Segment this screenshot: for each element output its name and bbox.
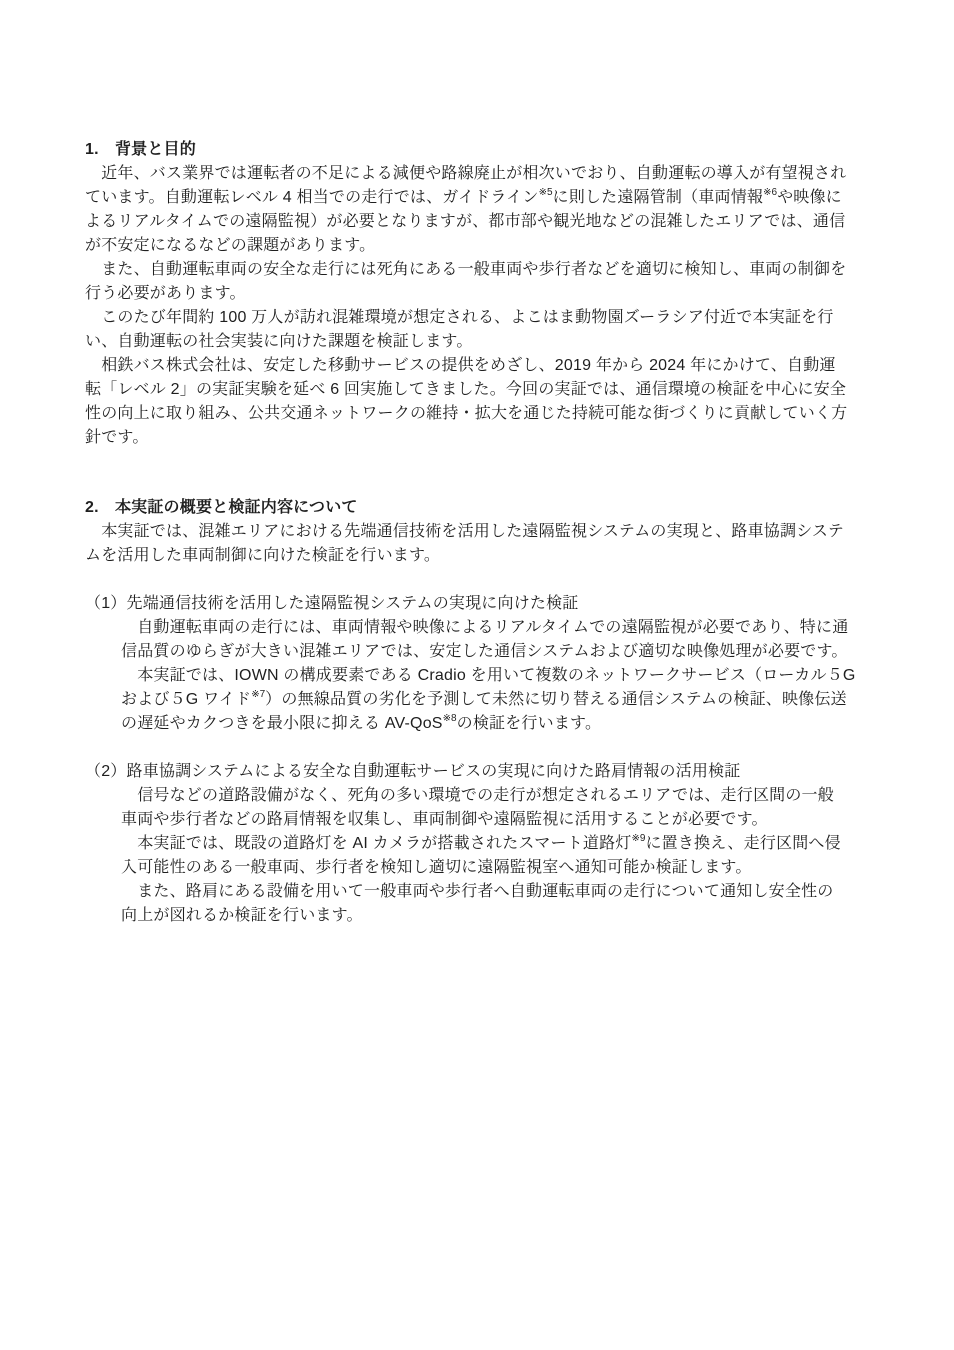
- text-line: 本実証では、IOWN の構成要素である Cradio を用いて複数のネットワーク…: [121, 664, 870, 688]
- reference-mark: ※5: [539, 187, 553, 198]
- section-1-paragraph-4: 相鉄バス株式会社は、安定した移動サービスの提供をめざし、2019 年から 202…: [85, 354, 870, 450]
- text-line: 2. 本実証の概要と検証内容について: [85, 496, 870, 520]
- document-body: 1. 背景と目的 近年、バス業界では運転者の不足による減便や路線廃止が相次いでお…: [85, 138, 870, 928]
- text-line: 性の向上に取り組み、公共交通ネットワークの維持・拡大を通じた持続可能な街づくりに…: [85, 402, 870, 426]
- text-line: ています。自動運転レベル 4 相当での走行では、ガイドライン※5に則した遠隔管制…: [85, 186, 870, 210]
- section-1-paragraph-1: 近年、バス業界では運転者の不足による減便や路線廃止が相次いでおり、自動運転の導入…: [85, 162, 870, 258]
- subsection-2-heading: （2）路車協調システムによる安全な自動運転サービスの実現に向けた路肩情報の活用検…: [85, 760, 870, 784]
- text-line: このたび年間約 100 万人が訪れ混雑環境が想定される、よこはま動物園ズーラシア…: [85, 306, 870, 330]
- text-line: 針です。: [85, 426, 870, 450]
- reference-mark: ※6: [763, 187, 777, 198]
- text-line: 相鉄バス株式会社は、安定した移動サービスの提供をめざし、2019 年から 202…: [85, 354, 870, 378]
- text-line: および５G ワイド※7）の無線品質の劣化を予測して未然に切り替える通信システムの…: [121, 688, 870, 712]
- text-line: （2）路車協調システムによる安全な自動運転サービスの実現に向けた路肩情報の活用検…: [85, 760, 870, 784]
- text-line: 信品質のゆらぎが大きい混雑エリアでは、安定した通信システムおよび適切な映像処理が…: [121, 640, 870, 664]
- document-page: 1. 背景と目的 近年、バス業界では運転者の不足による減便や路線廃止が相次いでお…: [0, 0, 954, 1350]
- text-line: また、自動運転車両の安全な走行には死角にある一般車両や歩行者などを適切に検知し、…: [85, 258, 870, 282]
- section-1-paragraph-3: このたび年間約 100 万人が訪れ混雑環境が想定される、よこはま動物園ズーラシア…: [85, 306, 870, 354]
- text-line: 行う必要があります。: [85, 282, 870, 306]
- text-line: 転「レベル 2」の実証実験を延べ 6 回実施してきました。今回の実証では、通信環…: [85, 378, 870, 402]
- subsection-1-paragraph-1: 自動運転車両の走行には、車両情報や映像によるリアルタイムでの遠隔監視が必要であり…: [121, 616, 870, 664]
- text-line: また、路肩にある設備を用いて一般車両や歩行者へ自動運転車両の走行について通知し安…: [121, 880, 870, 904]
- reference-mark: ※7: [251, 689, 265, 700]
- text-line: ムを活用した車両制御に向けた検証を行います。: [85, 544, 870, 568]
- text-line: 車両や歩行者などの路肩情報を収集し、車両制御や遠隔監視に活用することが必要です。: [121, 808, 870, 832]
- text-line: 入可能性のある一般車両、歩行者を検知し適切に遠隔監視室へ通知可能か検証します。: [121, 856, 870, 880]
- text-line: よるリアルタイムでの遠隔監視）が必要となりますが、都市部や観光地などの混雑したエ…: [85, 210, 870, 234]
- text-line: が不安定になるなどの課題があります。: [85, 234, 870, 258]
- section-1-paragraph-2: また、自動運転車両の安全な走行には死角にある一般車両や歩行者などを適切に検知し、…: [85, 258, 870, 306]
- text-line: の遅延やカクつきを最小限に抑える AV-QoS※8の検証を行います。: [121, 712, 870, 736]
- text-line: い、自動運転の社会実装に向けた課題を検証します。: [85, 330, 870, 354]
- text-line: 1. 背景と目的: [85, 138, 870, 162]
- subsection-2-paragraph-2: 本実証では、既設の道路灯を AI カメラが搭載されたスマート道路灯※9に置き換え…: [121, 832, 870, 880]
- section-2-heading: 2. 本実証の概要と検証内容について: [85, 496, 870, 520]
- text-line: 本実証では、混雑エリアにおける先端通信技術を活用した遠隔監視システムの実現と、路…: [85, 520, 870, 544]
- subsection-2-paragraph-1: 信号などの道路設備がなく、死角の多い環境での走行が想定されるエリアでは、走行区間…: [121, 784, 870, 832]
- text-line: （1）先端通信技術を活用した遠隔監視システムの実現に向けた検証: [85, 592, 870, 616]
- reference-mark: ※8: [443, 713, 457, 724]
- text-line: 近年、バス業界では運転者の不足による減便や路線廃止が相次いでおり、自動運転の導入…: [85, 162, 870, 186]
- subsection-2-paragraph-3: また、路肩にある設備を用いて一般車両や歩行者へ自動運転車両の走行について通知し安…: [121, 880, 870, 928]
- text-line: 本実証では、既設の道路灯を AI カメラが搭載されたスマート道路灯※9に置き換え…: [121, 832, 870, 856]
- text-line: 自動運転車両の走行には、車両情報や映像によるリアルタイムでの遠隔監視が必要であり…: [121, 616, 870, 640]
- section-2-paragraph-1: 本実証では、混雑エリアにおける先端通信技術を活用した遠隔監視システムの実現と、路…: [85, 520, 870, 568]
- reference-mark: ※9: [632, 833, 646, 844]
- text-line: 信号などの道路設備がなく、死角の多い環境での走行が想定されるエリアでは、走行区間…: [121, 784, 870, 808]
- section-1-heading: 1. 背景と目的: [85, 138, 870, 162]
- subsection-1-paragraph-2: 本実証では、IOWN の構成要素である Cradio を用いて複数のネットワーク…: [121, 664, 870, 736]
- subsection-1-heading: （1）先端通信技術を活用した遠隔監視システムの実現に向けた検証: [85, 592, 870, 616]
- text-line: 向上が図れるか検証を行います。: [121, 904, 870, 928]
